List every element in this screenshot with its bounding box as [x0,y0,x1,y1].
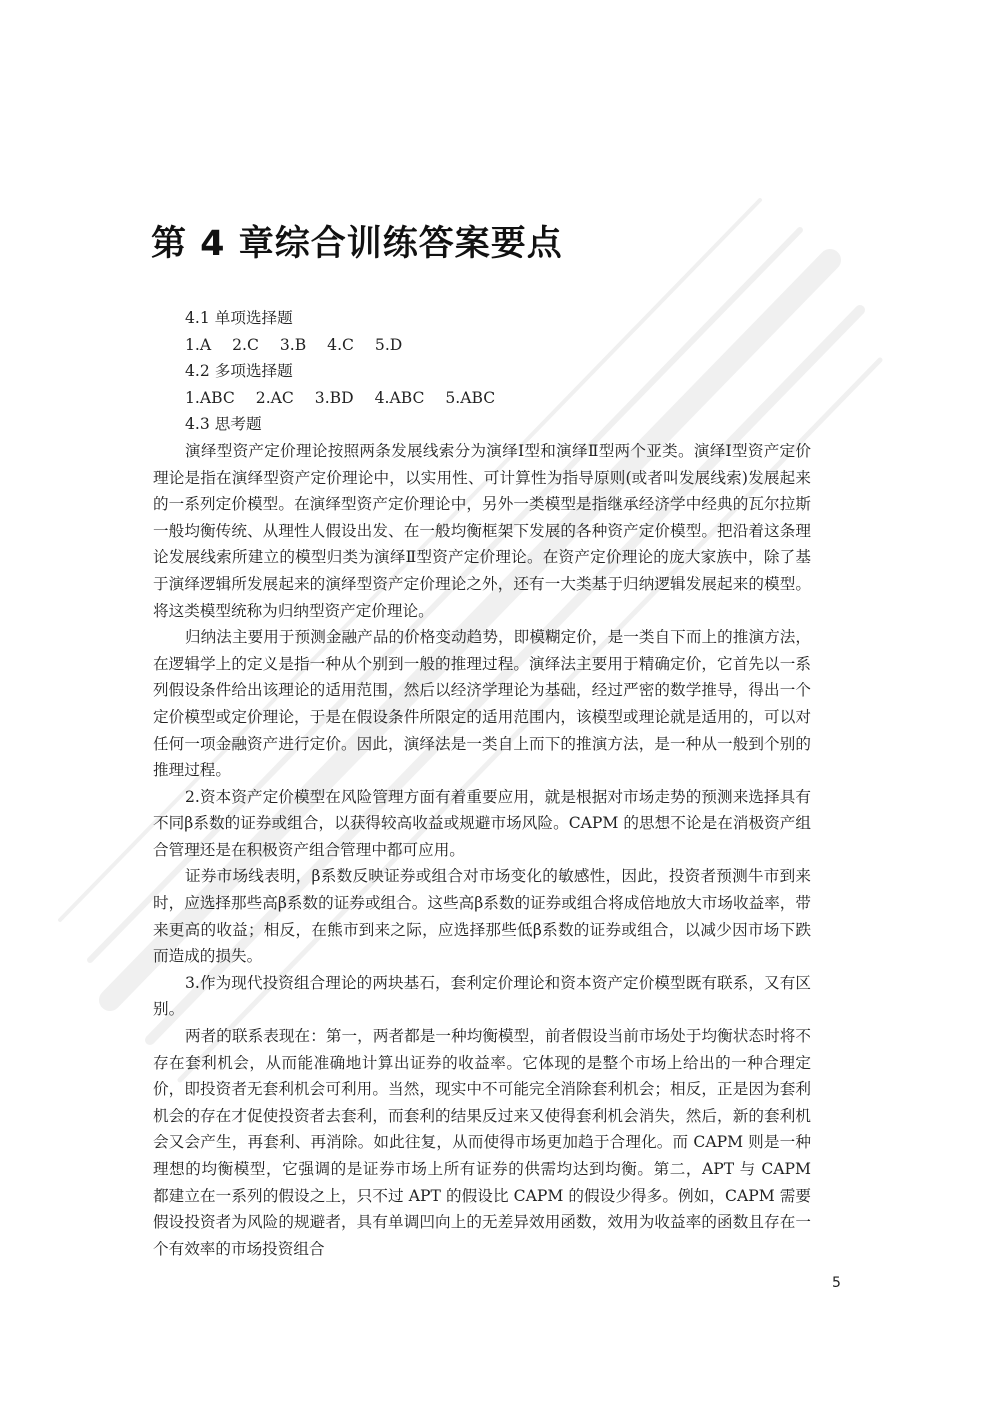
paragraph-deductive-pricing: 演绎型资产定价理论按照两条发展线索分为演绎Ⅰ型和演绎Ⅱ型两个亚类。演绎Ⅰ型资产定… [153,438,811,624]
chapter-title: 第 4 章综合训练答案要点 [151,216,563,266]
paragraph-security-market-line: 证券市场线表明，β系数反映证券或组合对市场变化的敏感性，因此，投资者预测牛市到来… [153,863,811,969]
page-number: 5 [832,1275,841,1291]
paragraph-apt-capm-intro: 3.作为现代投资组合理论的两块基石，套利定价理论和资本资产定价模型既有联系，又有… [153,970,811,1023]
document-page: 第 4 章综合训练答案要点 4.1 单项选择题 1.A 2.C 3.B 4.C … [0,0,993,1404]
paragraph-inductive-vs-deductive: 归纳法主要用于预测金融产品的价格变动趋势，即模糊定价，是一类自下而上的推演方法，… [153,624,811,784]
section-heading-single-choice: 4.1 单项选择题 [153,305,811,332]
single-choice-answers: 1.A 2.C 3.B 4.C 5.D [153,332,811,359]
section-heading-multiple-choice: 4.2 多项选择题 [153,358,811,385]
paragraph-capm-risk-management: 2.资本资产定价模型在风险管理方面有着重要应用，就是根据对市场走势的预测来选择具… [153,784,811,864]
section-heading-discussion: 4.3 思考题 [153,411,811,438]
body-text: 4.1 单项选择题 1.A 2.C 3.B 4.C 5.D 4.2 多项选择题 … [153,305,811,1262]
paragraph-apt-capm-relation: 两者的联系表现在：第一，两者都是一种均衡模型，前者假设当前市场处于均衡状态时将不… [153,1023,811,1262]
multiple-choice-answers: 1.ABC 2.AC 3.BD 4.ABC 5.ABC [153,385,811,412]
